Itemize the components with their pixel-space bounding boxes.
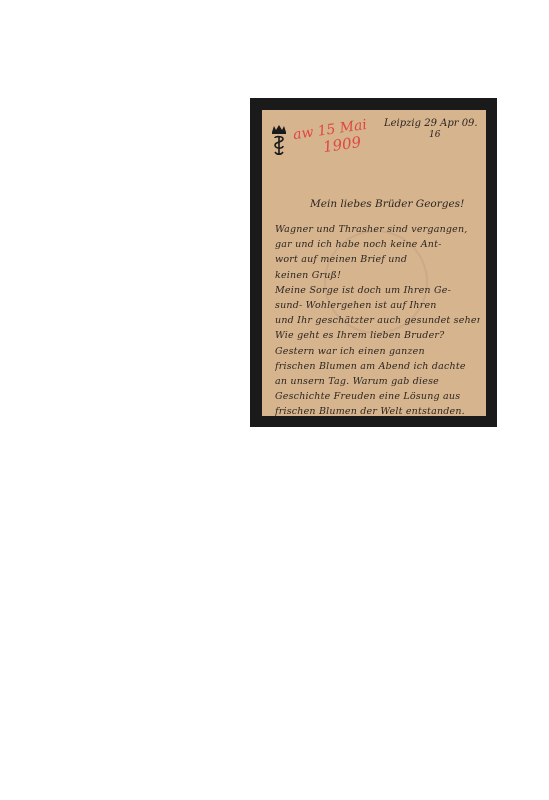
text-line: Meine Sorge ist doch um Ihren Ge- xyxy=(275,283,480,298)
text-line: gar und ich habe noch keine Ant- xyxy=(275,237,480,252)
text-line: keinen Gruß! xyxy=(275,268,480,283)
red-annotation: aw 15 Mai 1909 xyxy=(292,117,370,159)
letter-paper: aw 15 Mai 1909 Leipzig 29 Apr 09. 16 Mei… xyxy=(262,110,486,416)
text-line: wort auf meinen Brief und xyxy=(275,252,480,267)
text-line: und Ihr geschätzter auch gesundet sehen. xyxy=(275,313,480,328)
salutation: Mein liebes Brüder Georges! xyxy=(310,198,464,210)
crowned-monogram-icon xyxy=(271,124,287,158)
text-line: Wie geht es Ihrem lieben Bruder? xyxy=(275,328,480,343)
text-line: Wagner und Thrasher sind vergangen, xyxy=(275,222,480,237)
place-date: Leipzig 29 Apr 09. 16 xyxy=(384,118,478,129)
text-line: frischen Blumen am Abend ich dachte xyxy=(275,359,480,374)
text-line: Gestern war ich einen ganzen xyxy=(275,344,480,359)
letter-body: Wagner und Thrasher sind vergangen, gar … xyxy=(275,222,480,416)
letter-sheet: aw 15 Mai 1909 Leipzig 29 Apr 09. 16 Mei… xyxy=(250,98,497,427)
text-line: frischen Blumen der Welt entstanden. xyxy=(275,404,480,416)
text-line: Geschichte Freuden eine Lösung aus xyxy=(275,389,480,404)
text-line: an unsern Tag. Warum gab diese xyxy=(275,374,480,389)
text-line: sund- Wohlergehen ist auf Ihren xyxy=(275,298,480,313)
